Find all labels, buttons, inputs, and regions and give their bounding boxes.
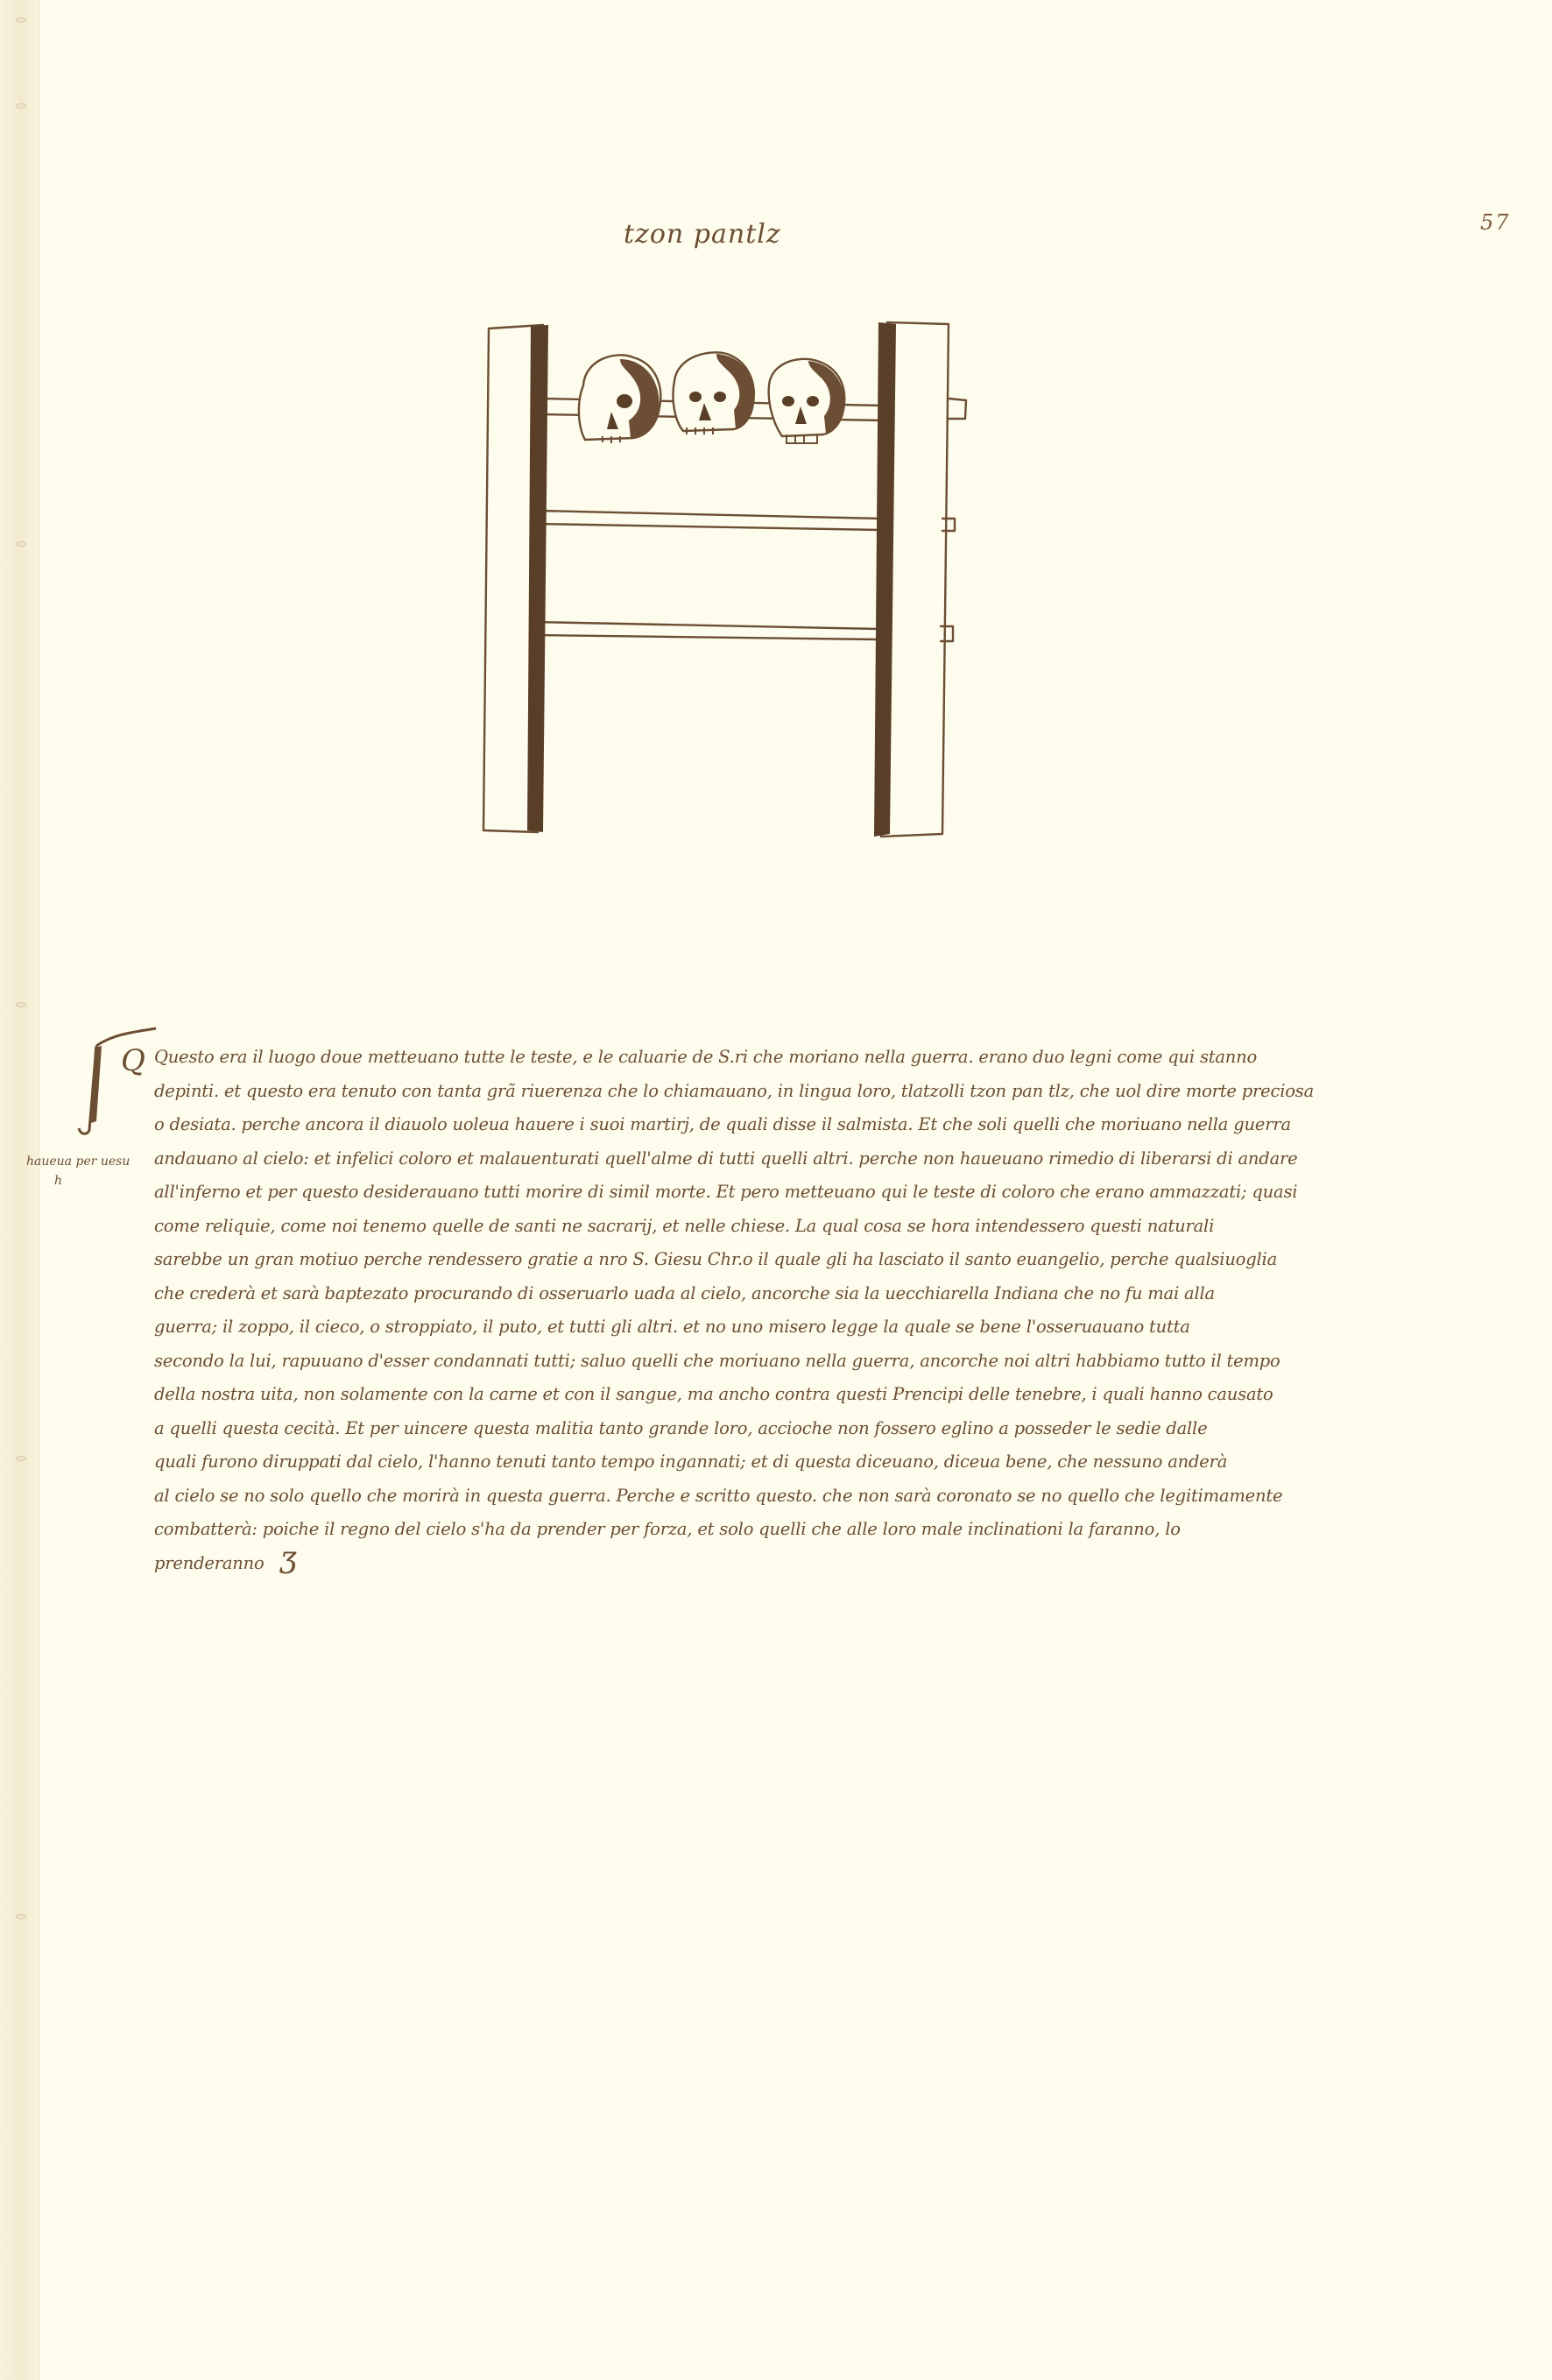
skull-icon	[579, 355, 660, 443]
decorated-initial-q: Q	[70, 1025, 158, 1139]
manuscript-text-block: Questo era il luogo doue metteuano tutte…	[154, 1041, 1507, 1580]
text-line: depinti. et questo era tenuto con tanta …	[154, 1075, 1507, 1109]
text-line: andauano al cielo: et infelici coloro et…	[154, 1142, 1507, 1176]
margin-annotation: haueua per uesu	[26, 1155, 130, 1169]
text-line: Questo era il luogo doue metteuano tutte…	[154, 1041, 1507, 1075]
text-line: secondo la lui, rapuuano d'esser condann…	[154, 1345, 1507, 1379]
text-line: come reliquie, come noi tenemo quelle de…	[154, 1210, 1507, 1244]
text-line: all'inferno et per questo desiderauano t…	[154, 1176, 1507, 1210]
binding-stitch-mark	[16, 103, 26, 109]
page-number: 57	[1480, 210, 1511, 235]
text-line-final: prenderanno Ʒ	[154, 1547, 1507, 1581]
text-line: della nostra uita, non solamente con la …	[154, 1378, 1507, 1412]
binding-stitch-mark	[16, 18, 26, 23]
text-line: prenderanno	[154, 1547, 265, 1581]
binding-stitch-mark	[16, 1456, 26, 1461]
text-line: al cielo se no solo quello che morirà in…	[154, 1480, 1507, 1514]
text-line: sarebbe un gran motiuo perche rendessero…	[154, 1243, 1507, 1277]
skull-icon	[673, 352, 754, 434]
binding-stitch-mark	[16, 1002, 26, 1007]
text-line: guerra; il zoppo, il cieco, o stroppiato…	[154, 1310, 1507, 1345]
skull-icon	[769, 359, 845, 443]
text-line: combatterà: poiche il regno del cielo s'…	[154, 1513, 1507, 1547]
text-line: o desiata. perche ancora il diauolo uole…	[154, 1108, 1507, 1142]
binding-gutter	[0, 0, 39, 2380]
text-line: che crederà et sarà baptezato procurando…	[154, 1277, 1507, 1311]
binding-stitch-mark	[16, 1914, 26, 1919]
illustration-caption: tzon pantlz	[624, 219, 781, 250]
text-line: quali furono diruppati dal cielo, l'hann…	[154, 1445, 1507, 1480]
binding-stitch-mark	[16, 541, 26, 547]
text-line: a quelli questa cecità. Et per uincere q…	[154, 1412, 1507, 1446]
end-flourish-mark: Ʒ	[280, 1550, 297, 1577]
skull-rack-illustration	[480, 315, 988, 841]
svg-text:Q: Q	[121, 1043, 145, 1078]
margin-annotation-sub: h	[54, 1174, 62, 1188]
